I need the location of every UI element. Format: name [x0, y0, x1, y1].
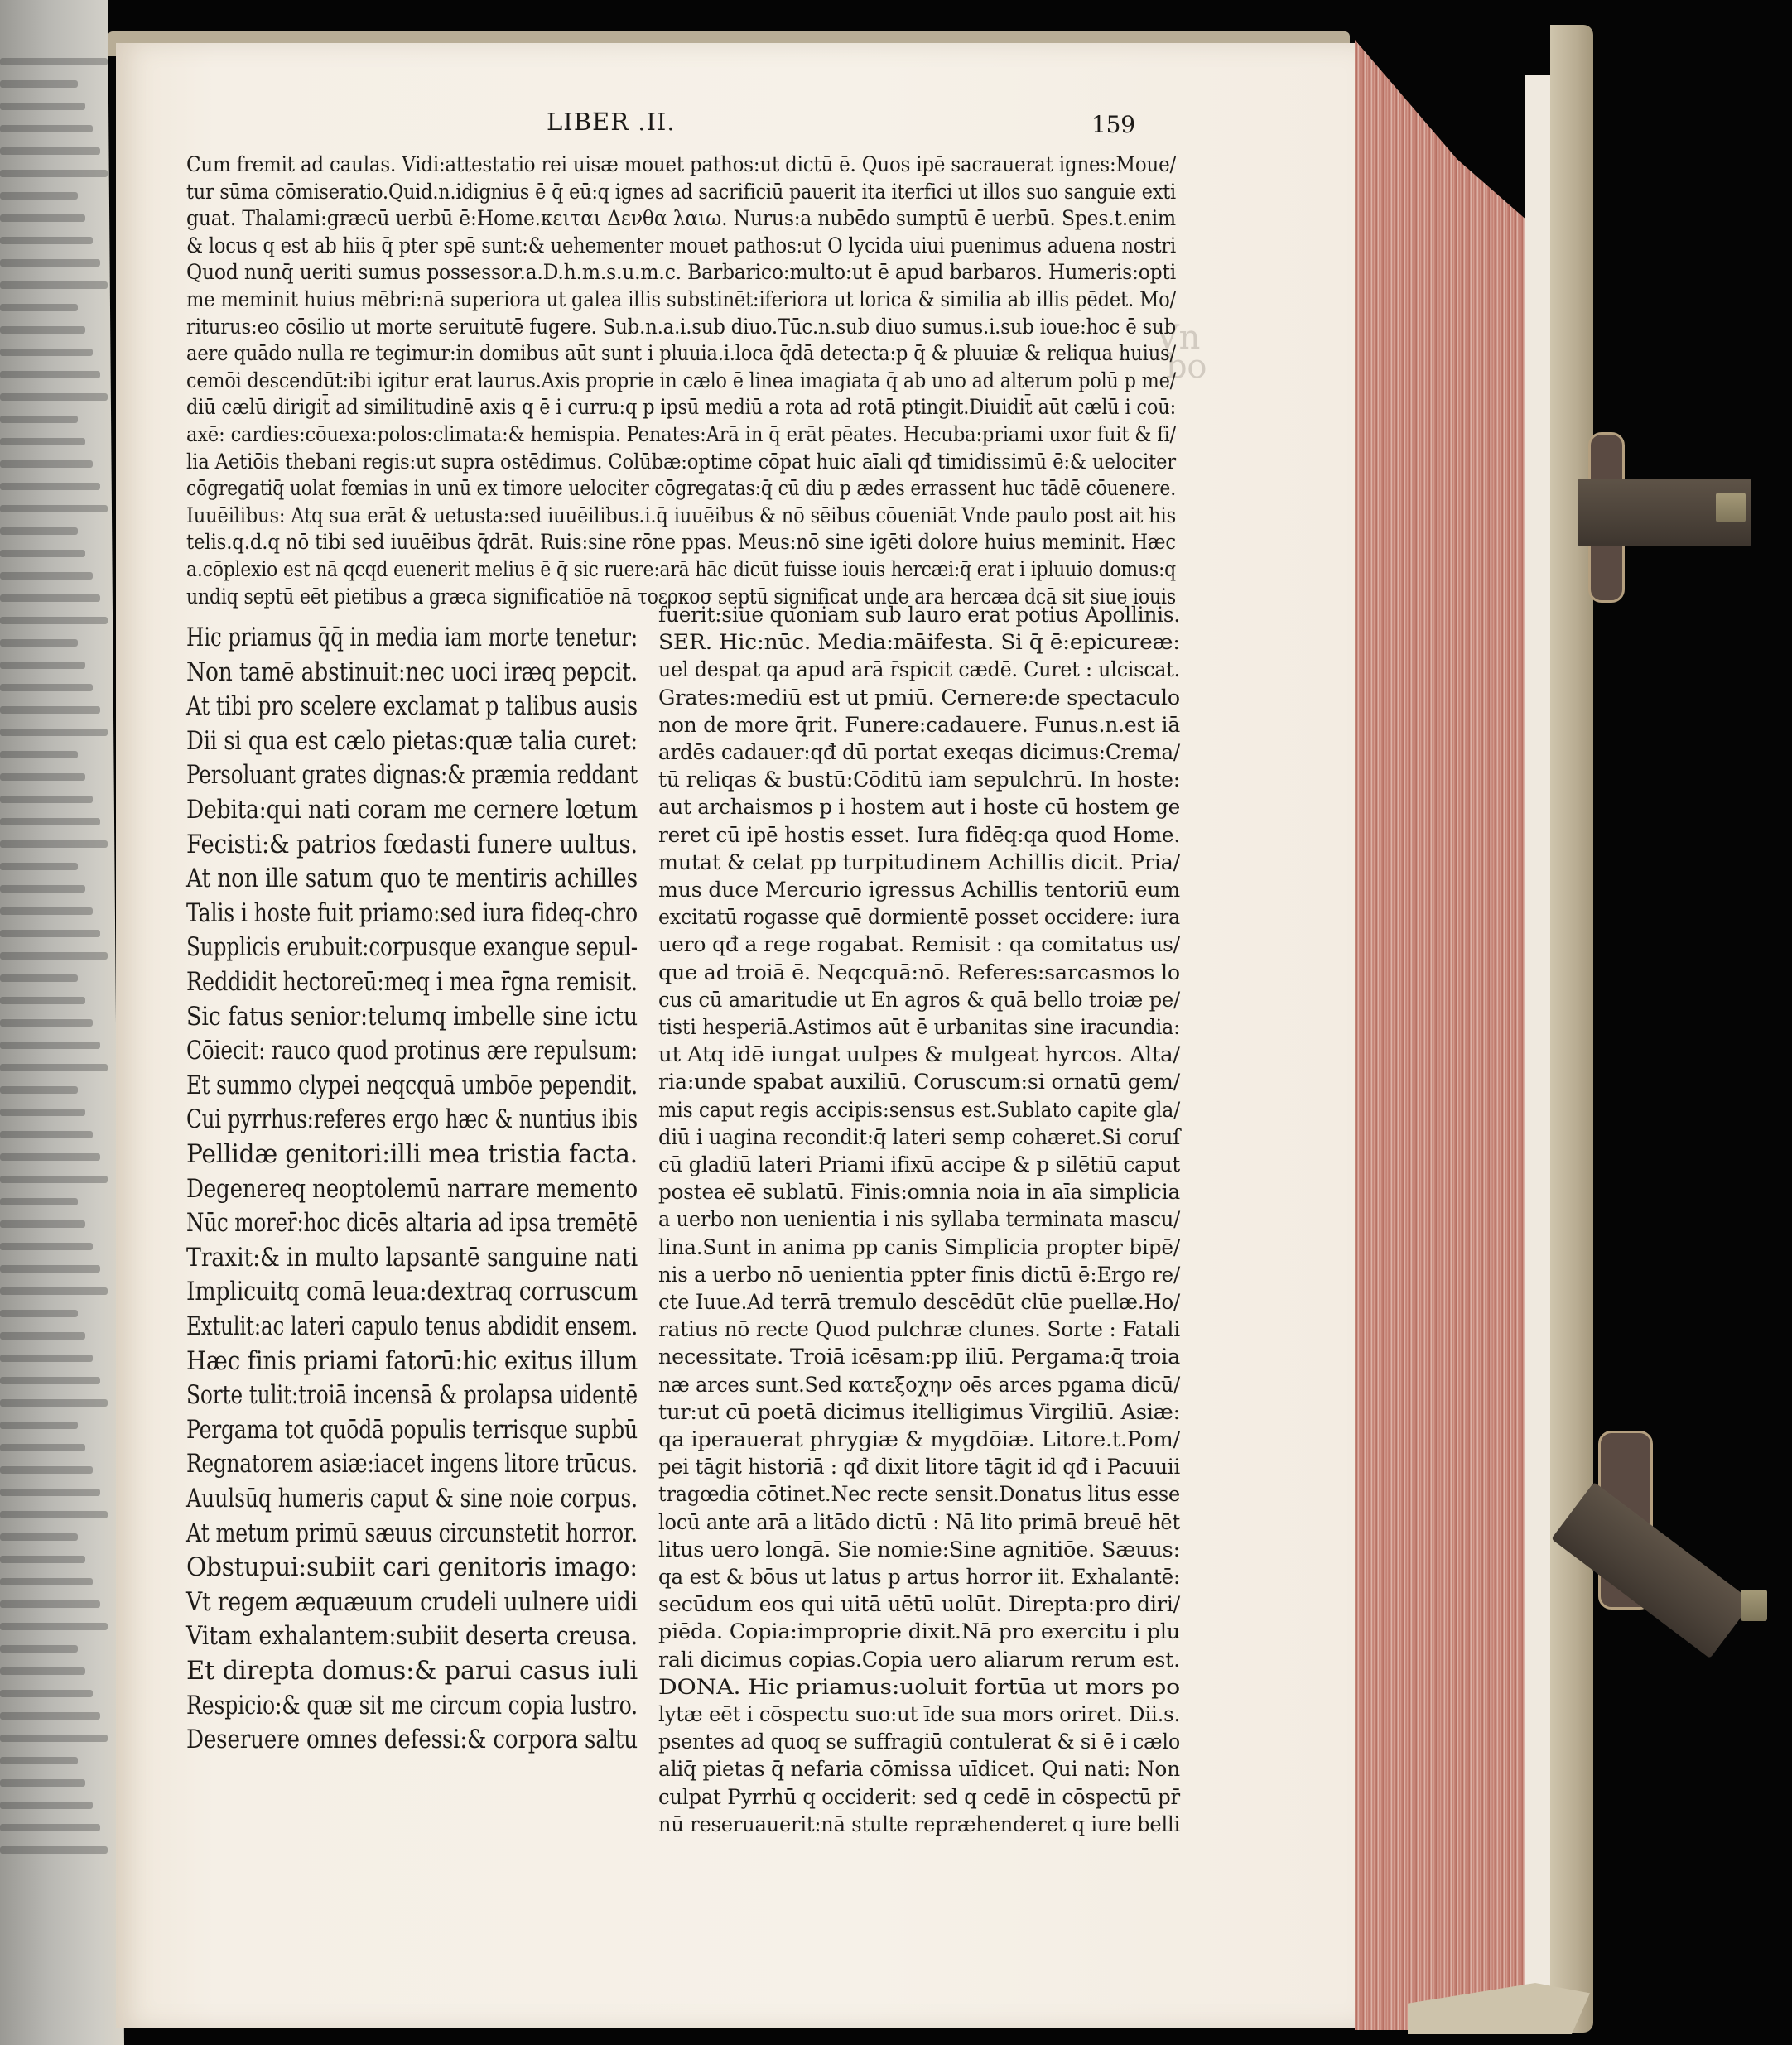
commentary-line: telis.q.d.q nō tibi sed iuuēibus q̄drāt.… — [186, 530, 1176, 554]
previous-page-text-line — [0, 483, 100, 490]
previous-page-text-line — [0, 1086, 78, 1094]
previous-page-text-line — [0, 259, 100, 267]
verse-line: Vitam exhalantem:subiit deserta creusa. — [186, 1621, 638, 1651]
verse-line: Traxit:& in multo lapsantē sanguine nati — [186, 1243, 638, 1273]
previous-page-text-line — [0, 907, 93, 915]
verse-line: Reddidit hectoreū:meq i mea r̄gna remisi… — [186, 967, 638, 997]
verse-line: Et summo clypei neqcquā umbōe pependit. — [186, 1071, 638, 1100]
verse-line: Dii si qua est cælo pietas:quæ talia cur… — [186, 726, 638, 756]
previous-page-text-line — [0, 1578, 93, 1585]
commentary-line: SER. Hic:nūc. Media:māifesta. Si q̄ ē:ep… — [658, 630, 1180, 654]
previous-page-text-line — [0, 147, 100, 155]
verse-line: Fecisti:& patrios fœdasti funere uultus. — [186, 830, 638, 859]
commentary-line: guat. Thalami:græcū uerbū ē:Home.κειται … — [186, 206, 1176, 230]
previous-page-text-line — [0, 863, 78, 870]
previous-page-text-line — [0, 818, 100, 825]
previous-page-text-line — [0, 281, 108, 289]
previous-page-text-line — [0, 684, 93, 691]
verse-line: Cui pyrrhus:referes ergo hæc & nuntius i… — [186, 1104, 638, 1134]
previous-page-text-line — [0, 1042, 100, 1049]
red-stained-fore-edge — [1355, 40, 1525, 2030]
commentary-line: qa iperauerat phrygiæ & mygdōiæ. Litore.… — [658, 1427, 1180, 1451]
verse-line: Hæc finis priami fatorū:hic exitus illum — [186, 1346, 638, 1376]
verse-line: Pergama tot quōdā populis terrisque supb… — [186, 1415, 638, 1445]
previous-page-text-line — [0, 1176, 108, 1183]
previous-page-text-line — [0, 1064, 108, 1071]
previous-page-text-line — [0, 1623, 108, 1630]
commentary-line: tragœdia cōtinet.Nec recte sensit.Donatu… — [658, 1482, 1180, 1506]
commentary-line: aliq̄ pietas q̄ nefaria cōmissa uīdicet.… — [658, 1757, 1180, 1781]
verse-line: Sorte tulit:troiā incensā & prolapsa uid… — [186, 1380, 638, 1410]
commentary-line: ria:unde spabat auxiliū. Coruscum:si orn… — [658, 1070, 1180, 1094]
commentary-line: tur:ut cū poetā dicimus itelligimus Virg… — [658, 1400, 1180, 1424]
verse-line: Pellidæ genitori:illi mea tristia facta. — [186, 1139, 638, 1169]
previous-page-text-line — [0, 349, 93, 356]
commentary-line: ardēs cadauer:qđ dū portat exeqas dicimu… — [658, 740, 1180, 764]
previous-page-text-line — [0, 1332, 85, 1340]
previous-page-text-line — [0, 1220, 85, 1228]
verse-line: Supplicis erubuit:corpusque exangue sepu… — [186, 932, 638, 962]
previous-page-text-line — [0, 706, 100, 714]
previous-page-text-line — [0, 1243, 93, 1250]
previous-page-text-line — [0, 572, 93, 580]
previous-page-text-line — [0, 1444, 85, 1451]
previous-page-text-line — [0, 460, 93, 468]
previous-page-text-line — [0, 505, 108, 512]
previous-page-text-line — [0, 1600, 100, 1608]
running-head: LIBER .II. — [547, 108, 676, 136]
previous-page-text-line — [0, 1556, 85, 1563]
previous-page-text-line — [0, 930, 100, 937]
verse-line: Respicio:& quæ sit me circum copia lustr… — [186, 1691, 638, 1720]
previous-page-text-line — [0, 1377, 100, 1384]
previous-page-text-line — [0, 527, 78, 535]
commentary-line: locū ante arā a litādo dictū : Nā lito p… — [658, 1510, 1180, 1534]
previous-page-edge — [0, 0, 124, 2045]
commentary-line: axē: cardies:cōuexa:polos:climata:& hemi… — [186, 422, 1176, 446]
previous-page-text-line — [0, 1109, 85, 1116]
verse-line: Implicuitq comā leua:dextraq corruscum — [186, 1277, 638, 1306]
commentary-line: psentes ad quoq se suffragiū contulerat … — [658, 1730, 1180, 1754]
verse-line: Regnatorem asiæ:iacet ingens litore trūc… — [186, 1449, 638, 1479]
commentary-line: necessitate. Troiā icēsam:pp iliū. Perga… — [658, 1345, 1180, 1369]
commentary-line: culpat Pyrrhū q occiderit: sed q cedē in… — [658, 1785, 1180, 1809]
previous-page-text-line — [0, 840, 108, 848]
verse-line: Cōiecit: rauco quod protinus ære repulsu… — [186, 1036, 638, 1066]
commentary-line: riturus:eo cōsilio ut morte seruitutē fu… — [186, 315, 1176, 339]
commentary-line: Iuuēilibus: Atq sua erāt & uetusta:sed i… — [186, 503, 1176, 527]
commentary-line: secūdum eos qui uitā uētū uolūt. Direpta… — [658, 1592, 1180, 1616]
previous-page-text-line — [0, 639, 78, 647]
previous-page-text-line — [0, 1489, 100, 1496]
previous-page-text-line — [0, 1645, 78, 1653]
commentary-line: uero qđ a rege rogabat. Remisit : qa com… — [658, 932, 1180, 956]
previous-page-text-line — [0, 326, 85, 334]
verse-line: Deseruere omnes defessi:& corpora saltu — [186, 1725, 638, 1754]
clasp-upper-brass-catch — [1716, 493, 1746, 522]
verse-line: At metum primū sæuus circunstetit horror… — [186, 1518, 638, 1548]
commentary-line: mutat & celat pp turpitudinem Achillis d… — [658, 850, 1180, 874]
verse-line: Hic priamus q̄q̄ in media iam morte tene… — [186, 623, 638, 652]
verse-line: Et direpta domus:& parui casus iuli — [186, 1656, 638, 1686]
verse-line: Debita:qui nati coram me cernere lœtum — [186, 795, 638, 825]
commentary-line: aut archaismos p i hostem aut i hoste cū… — [658, 795, 1180, 819]
verse-line: Degenereq neoptolemū narrare memento — [186, 1174, 638, 1204]
previous-page-text-line — [0, 1422, 78, 1429]
commentary-line: litus uero longā. Sie nomie:Sine agnitiō… — [658, 1537, 1180, 1561]
commentary-line: lia Aetiōis thebani regis:ut supra ostēd… — [186, 450, 1176, 474]
previous-page-text-line — [0, 952, 108, 960]
commentary-line: pei tāgit historiā : qđ dixit litore tāg… — [658, 1455, 1180, 1479]
previous-page-text-line — [0, 1355, 93, 1362]
commentary-line: fuerit:siue quoniam sub lauro erat potiu… — [658, 603, 1180, 627]
commentary-line: postea eē sublatū. Finis:omnia noia in a… — [658, 1180, 1180, 1204]
commentary-line: lytæ eēt i cōspectu suo:ut īde sua mors … — [658, 1702, 1180, 1726]
previous-page-text-line — [0, 125, 93, 132]
previous-page-text-line — [0, 170, 108, 177]
previous-page-text-line — [0, 304, 78, 311]
commentary-line: me meminit huius mēbri:nā superiora ut g… — [186, 287, 1176, 311]
previous-page-text-line — [0, 1019, 93, 1027]
commentary-line: nū reseruauerit:nā stulte repræhenderet … — [658, 1812, 1180, 1836]
commentary-line: cus cū amaritudie ut En agros & quā bell… — [658, 988, 1180, 1012]
commentary-line: tū reliqas & bustū:Cōditū iam sepulchrū.… — [658, 767, 1180, 792]
previous-page-text-line — [0, 1466, 93, 1474]
previous-page-text-line — [0, 1712, 100, 1720]
previous-page-text-line — [0, 751, 78, 758]
commentary-line: mis caput regis accipis:sensus est.Subla… — [658, 1098, 1180, 1122]
previous-page-text-line — [0, 773, 85, 781]
commentary-line: tur sūma cōmiseratio.Quid.n.idignius ē q… — [186, 180, 1176, 204]
previous-page-text-line — [0, 371, 100, 378]
previous-page-text-line — [0, 393, 108, 401]
previous-page-text-line — [0, 1824, 100, 1831]
verse-line: At non ille satum quo te mentiris achill… — [186, 864, 638, 893]
previous-page-text-line — [0, 58, 108, 65]
previous-page-text-line — [0, 1153, 100, 1161]
previous-page-text-line — [0, 729, 108, 736]
previous-page-text-line — [0, 1667, 85, 1675]
commentary-line: reret cū ipē hostis esset. Iura fidēq:qa… — [658, 823, 1180, 847]
commentary-line: rali dicimus copias.Copia uero aliarum r… — [658, 1648, 1180, 1672]
commentary-line: ratius nō recte Quod pulchræ clunes. Sor… — [658, 1317, 1180, 1341]
previous-page-text-line — [0, 416, 78, 423]
previous-page-text-line — [0, 438, 85, 445]
previous-page-text-line — [0, 1757, 78, 1764]
commentary-line: que ad troiā ē. Neqcquā:nō. Referes:sarc… — [658, 960, 1180, 984]
commentary-line: Quod nunq̄ ueriti sumus possessor.a.D.h.… — [186, 260, 1176, 284]
folio-number: 159 — [1091, 111, 1135, 138]
previous-page-text-line — [0, 1779, 85, 1787]
verse-line: Non tamē abstinuit:nec uoci iræq pepcit. — [186, 657, 638, 687]
previous-page-text-line — [0, 1690, 93, 1697]
commentary-line: excitatū rogasse quē dormientē posset oc… — [658, 905, 1180, 929]
previous-page-text-line — [0, 192, 78, 200]
commentary-line: Grates:mediū est ut pmiū. Cernere:de spe… — [658, 686, 1180, 710]
verse-line: Persoluant grates dignas:& præmia reddan… — [186, 760, 638, 790]
verse-line: Vt regem æquæuum crudeli uulnere uidi — [186, 1587, 638, 1617]
previous-page-text-line — [0, 997, 85, 1004]
previous-page-text-line — [0, 550, 85, 557]
commentary-line: aere quādo nulla re tegimur:in domibus a… — [186, 341, 1176, 365]
previous-page-text-line — [0, 1802, 93, 1809]
commentary-line: piēda. Copia:improprie dixit.Nā pro exer… — [658, 1619, 1180, 1643]
endpaper-strip — [1525, 75, 1550, 2004]
commentary-line: DONA. Hic priamus:uoluit fortūa ut mors … — [658, 1675, 1180, 1699]
previous-page-text-line — [0, 974, 78, 982]
commentary-line: a uerbo non uenientia i nis syllaba term… — [658, 1207, 1180, 1231]
clasp-lower-brass-catch — [1741, 1590, 1767, 1621]
commentary-line: & locus q est ab hiis q̄ pter spē sunt:&… — [186, 233, 1176, 257]
previous-page-text-line — [0, 1533, 78, 1541]
previous-page-text-line — [0, 796, 93, 803]
verse-line: Nūc morer̄:hoc dicēs altaria ad ipsa tre… — [186, 1208, 638, 1238]
commentary-line: Cum fremit ad caulas. Vidi:attestatio re… — [186, 152, 1176, 176]
previous-page-text-line — [0, 594, 100, 602]
commentary-line: ut Atq idē iungat uulpes & mulgeat hyrco… — [658, 1042, 1180, 1066]
commentary-line: nis a uerbo nō uenientia ppter finis dic… — [658, 1263, 1180, 1287]
commentary-line: uel despat qa apud arā r̄spicit cædē. Cu… — [658, 657, 1180, 681]
commentary-line: a.cōplexio est nā qcqd euenerit melius ē… — [186, 557, 1176, 581]
previous-page-text-line — [0, 1511, 108, 1518]
commentary-line: cōgregatiq̄ uolat fœmias in unū ex timor… — [186, 476, 1176, 500]
commentary-line: tisti hesperiā.Astimos aūt ē urbanitas s… — [658, 1015, 1180, 1039]
verse-line: Extulit:ac lateri capulo tenus abdidit e… — [186, 1311, 638, 1341]
verse-line: At tibi pro scelere exclamat p talibus a… — [186, 691, 638, 721]
verse-line: Auulsūq humeris caput & sine noie corpus… — [186, 1484, 638, 1513]
previous-page-text-line — [0, 662, 85, 669]
previous-page-text-line — [0, 80, 78, 88]
previous-page-text-line — [0, 1735, 108, 1742]
previous-page-text-line — [0, 1265, 100, 1273]
commentary-line: cemōi descendūt:ibi igitur erat laurus.A… — [186, 368, 1176, 392]
previous-page-text-line — [0, 1310, 78, 1317]
previous-page-text-line — [0, 1131, 93, 1138]
previous-page-text-line — [0, 1287, 108, 1295]
commentary-line: cte Iuue.Ad terrā tremulo descēdūt clūe … — [658, 1290, 1180, 1314]
vellum-cover-board — [1550, 25, 1593, 2033]
previous-page-text-line — [0, 1198, 78, 1205]
commentary-line: næ arces sunt.Sed κατεξοχην oēs arces pg… — [658, 1373, 1180, 1397]
previous-page-text-line — [0, 885, 85, 893]
commentary-line: qa est & bōus ut latus p artus horror ii… — [658, 1565, 1180, 1589]
commentary-line: diū cælū dirigit̄ ad similitudinē axis q… — [186, 395, 1176, 419]
previous-page-text-line — [0, 617, 108, 624]
commentary-line: mus duce Mercurio igressus Achillis tent… — [658, 878, 1180, 902]
previous-page-text-line — [0, 1399, 108, 1407]
previous-page-text-line — [0, 214, 85, 222]
verse-line: Sic fatus senior:telumq imbelle sine ict… — [186, 1002, 638, 1032]
commentary-line: cū gladiū lateri Priami ifixū accipe & p… — [658, 1152, 1180, 1176]
previous-page-text-line — [0, 237, 93, 244]
commentary-line: lina.Sunt in anima pp canis Simplicia pr… — [658, 1235, 1180, 1259]
previous-page-text-line — [0, 1846, 108, 1854]
previous-page-text-line — [0, 103, 85, 110]
verse-line: Talis i hoste fuit priamo:sed iura fideq… — [186, 898, 638, 928]
commentary-line: non de more q̄rit. Funere:cadauere. Funu… — [658, 713, 1180, 737]
verse-line: Obstupui:subiit cari genitoris imago: — [186, 1552, 638, 1582]
commentary-line: diū i uagina recondit:q̄ lateri semp coh… — [658, 1125, 1180, 1149]
